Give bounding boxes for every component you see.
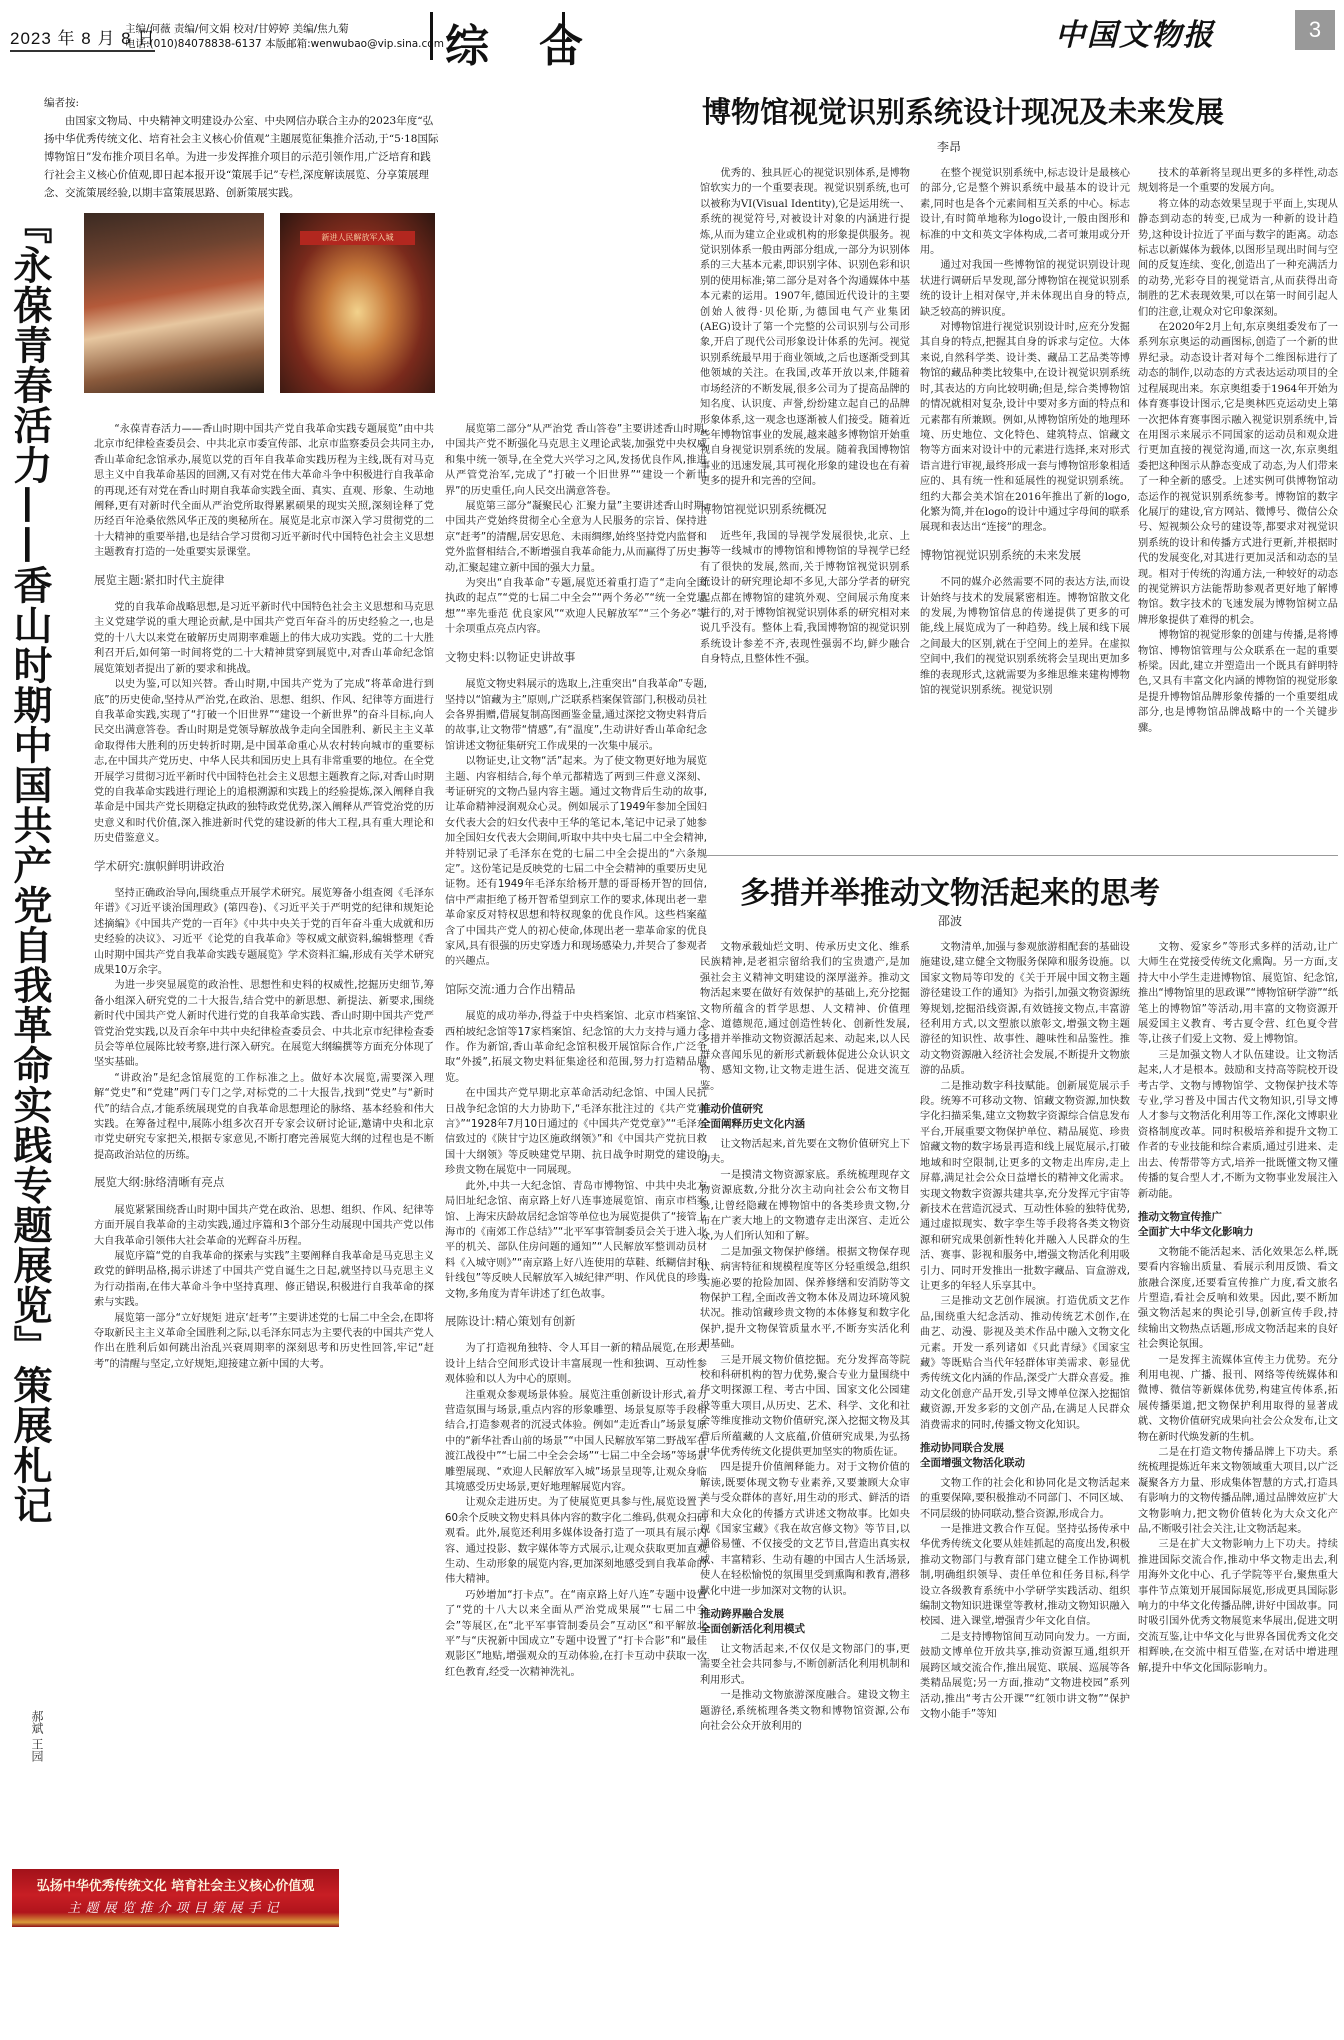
- body-paragraph: 为进一步突显展览的政治性、思想性和史料的权威性,挖掘历史细节,筹备小组深入研究党…: [94, 978, 434, 1070]
- body-paragraph: 坚持正确政治导向,围绕重点开展学术研究。展览筹备小组查阅《毛泽东年谱》《习近平谈…: [94, 886, 434, 978]
- body-paragraph: 巧妙增加“打卡点”。在“南京路上好八连”专题中设置了“党的十八大以来全面从严治党…: [445, 1588, 707, 1680]
- body-paragraph: 在2020年2月上旬,东京奥组委发布了一系列东京奥运的动画图标,创造了一个新的世…: [1138, 320, 1338, 628]
- section-heading: 展览主题:紧扣时代主旋律: [94, 573, 434, 588]
- section-heading: 博物馆视觉识别系统概况: [700, 502, 910, 517]
- article3-column-3: 文物、爱家乡”等形式多样的活动,让广大师生在党接受传统文化熏陶。另一方面,支持大…: [1138, 940, 1338, 2040]
- body-paragraph: 将立体的动态效果呈现于平面上,实现从静态到动态的转变,已成为一种新的设计趋势,这…: [1138, 197, 1338, 320]
- body-paragraph: 技术的革新将呈现出更多的多样性,动态规划将是一个重要的发展方向。: [1138, 166, 1338, 197]
- masthead: 2023 年 8 月 8 日 主编/何薇 责编/何文娟 校对/甘婷婷 美编/焦九…: [0, 0, 1344, 60]
- article3-column-2: 文物清单,加强与参观旅游相配套的基础设施建设,建立健全文物服务保障和服务设施。以…: [920, 940, 1130, 2040]
- body-paragraph: 对博物馆进行视觉识别设计时,应充分发掘其自身的特点,把握其自身的诉求与定位。大体…: [920, 320, 1130, 536]
- article1-column-2: 展览第二部分“从严治党 香山答卷”主要讲述香山时期,中国共产党不断强化马克思主义…: [445, 422, 707, 2022]
- body-paragraph: 以物证史,让文物“活”起来。为了使文物更好地为展览主题、内容相结合,每个单元都精…: [445, 754, 707, 970]
- subsection-heading: 推动价值研究 全面阐释历史文化内涵: [700, 1102, 910, 1133]
- body-paragraph: 注重观众参观场景体验。展览注重创新设计形式,着力营造氛围与场景,重点内容的形象雕…: [445, 1388, 707, 1496]
- body-paragraph: 为突出“自我革命”专题,展览还着重打造了“走向全国执政的起点”“党的七届二中全会…: [445, 576, 707, 638]
- section-heading: 展陈设计:精心策划有创新: [445, 1314, 707, 1329]
- body-paragraph: 让观众走进历史。为了使展览更具参与性,展览设置了60余个反映文物史料具体内容的数…: [445, 1495, 707, 1587]
- body-paragraph: 通过对我国一些博物馆的视觉识别设计现状进行调研后早发现,部分博物馆在视觉识别系统…: [920, 258, 1130, 320]
- subsection-heading: 推动跨界融合发展 全面创新活化利用模式: [700, 1607, 910, 1638]
- body-paragraph: 三是推动文艺创作展演。打造优质文艺作品,围绕重大纪念活动、推动传统艺术创作,在曲…: [920, 1294, 1130, 1433]
- body-paragraph: 一是摸清文物资源家底。系统梳理现存文物资源底数,分批分次主动向社会公布文物目录,…: [700, 1168, 910, 1245]
- body-paragraph: 展览第三部分“凝聚民心 汇聚力量”主要讲述香山时期,中国共产党始终贯彻全心全意为…: [445, 499, 707, 576]
- editorial-credits: 主编/何薇 责编/何文娟 校对/甘婷婷 美编/焦九菊 电话:(010)84078…: [125, 22, 444, 52]
- article3-author: 邵波: [938, 912, 962, 929]
- body-paragraph: 展览第二部分“从严治党 香山答卷”主要讲述香山时期,中国共产党不断强化马克思主义…: [445, 422, 707, 499]
- body-paragraph: 一是发挥主流媒体宣传主力优势。充分利用电视、广播、报刊、网络等传统媒体和微博、微…: [1138, 1353, 1338, 1445]
- page-number: 3: [1295, 10, 1335, 50]
- body-paragraph: 展览文物史料展示的选取上,注重突出“自我革命”专题,坚持以“馆藏为主”原则,广泛…: [445, 677, 707, 754]
- body-paragraph: 展览紧紧围绕香山时期中国共产党在政治、思想、组织、作风、纪律等方面开展自我革命的…: [94, 1203, 434, 1249]
- banner-line2: 主题展览推介项目策展手记: [12, 1897, 339, 1916]
- newspaper-logo: 中国文物报: [1055, 10, 1215, 54]
- body-paragraph: “永葆青春活力——香山时期中国共产党自我革命实践专题展览”由中共北京市纪律检查委…: [94, 422, 434, 561]
- section-heading: 博物馆视觉识别系统的未来发展: [920, 548, 1130, 563]
- body-paragraph: 二是在打造文物传播品牌上下功夫。系统梳理提炼近年来文物领域重大项目,以广泛凝聚各…: [1138, 1445, 1338, 1537]
- body-paragraph: 展览序篇“党的自我革命的探索与实践”主要阐释自我革命是马克思主义政党的鲜明品格,…: [94, 1249, 434, 1311]
- body-paragraph: 党的自我革命战略思想,是习近平新时代中国特色社会主义思想和马克思主义党建学说的重…: [94, 600, 434, 677]
- editor-note: 编者按: 由国家文物局、中央精神文明建设办公室、中央网信办联合主办的2023年度…: [44, 94, 439, 202]
- body-paragraph: 文物能不能活起来、活化效果怎么样,既要看内容输出质量、看展示利用反馈、看文旅融合…: [1138, 1245, 1338, 1353]
- body-paragraph: 让文物活起来,首先要在文物价值研究上下功夫。: [700, 1137, 910, 1168]
- exhibition-photo-hall: [84, 213, 264, 393]
- body-paragraph: 三是开展文物价值挖掘。充分发挥高等院校和科研机构的智力优势,聚合专业力量围绕中华…: [700, 1353, 910, 1461]
- subsection-heading: 推动文物宣传推广 全面扩大中华文化影响力: [1138, 1210, 1338, 1241]
- editor-note-text: 由国家文物局、中央精神文明建设办公室、中央网信办联合主办的2023年度“弘扬中华…: [44, 112, 439, 202]
- body-paragraph: 三是在扩大文物影响力上下功夫。持续推进国际交流合作,推动中华文物走出去,利用海外…: [1138, 1537, 1338, 1676]
- article2-column-1: 优秀的、独具匠心的视觉识别体系,是博物馆软实力的一个重要表现。视觉识别系统,也可…: [700, 166, 910, 846]
- section-divider-right: [562, 12, 565, 60]
- body-paragraph: 二是加强文物保护修缮。根据文物保存现状、病害特征和规模程度等区分轻重缓急,组织实…: [700, 1245, 910, 1353]
- section-heading: 展览大纲:脉络清晰有亮点: [94, 1175, 434, 1190]
- article1-title: 『永葆青春活力——香山时期中国共产党自我革命实践专题展览』策展札记: [12, 205, 52, 1525]
- body-paragraph: 以史为鉴,可以知兴替。香山时期,中国共产党为了完成“将革命进行到底”的历史使命,…: [94, 677, 434, 846]
- body-paragraph: 文物承载灿烂文明、传承历史文化、维系民族精神,是老祖宗留给我们的宝贵遗产,是加强…: [700, 940, 910, 1094]
- body-paragraph: 博物馆的视觉形象的创建与传播,是将博物馆、博物馆管理与公众联系在一起的重要桥梁。…: [1138, 628, 1338, 736]
- body-paragraph: 四是提升价值阐释能力。对于文物价值的解读,既要体现文物专业素养,又要兼顾大众审美…: [700, 1460, 910, 1599]
- article2-author: 李昂: [937, 138, 961, 155]
- editor-note-label: 编者按:: [44, 94, 439, 112]
- body-paragraph: 一是推进文教合作互促。坚持弘扬传承中华优秀传统文化要从娃娃抓起的高度出发,积极推…: [920, 1522, 1130, 1630]
- body-paragraph: 近些年,我国的导视学发展很快,北京、上海等一线城市的博物馆和博物馆的导视学已经有…: [700, 529, 910, 668]
- body-paragraph: 三是加强文物人才队伍建设。让文物活起来,人才是根本。鼓励和支持高等院校开设考古学…: [1138, 1048, 1338, 1202]
- article2-column-2: 在整个视觉识别系统中,标志设计是最核心的部分,它是整个辨识系统中最基本的设计元素…: [920, 166, 1130, 846]
- section-heading: 馆际交流:通力合作出精品: [445, 982, 707, 997]
- exhibition-photo-archway: 新进人民解放军入城: [280, 213, 435, 393]
- article3-column-1: 文物承载灿烂文明、传承历史文化、维系民族精神,是老祖宗留给我们的宝贵遗产,是加强…: [700, 940, 910, 2040]
- article2-title: 博物馆视觉识别系统设计现况及未来发展: [702, 90, 1224, 131]
- article3-title: 多措并举推动文物活起来的思考: [740, 868, 1160, 912]
- section-heading: 学术研究:旗帜鲜明讲政治: [94, 859, 434, 874]
- body-paragraph: 一是推动文物旅游深度融合。建设文物主题游径,系统梳理各类文物和博物馆资源,公布向…: [700, 1688, 910, 1734]
- credits-staff: 主编/何薇 责编/何文娟 校对/甘婷婷 美编/焦九菊: [125, 22, 444, 37]
- body-paragraph: 在中国共产党早期北京革命活动纪念馆、中国人民抗日战争纪念馆的大力协助下,“毛泽东…: [445, 1086, 707, 1178]
- archway-sign: 新进人民解放军入城: [300, 231, 415, 245]
- body-paragraph: 在整个视觉识别系统中,标志设计是最核心的部分,它是整个辨识系统中最基本的设计元素…: [920, 166, 1130, 258]
- body-paragraph: “讲政治”是纪念馆展览的工作标准之上。做好本次展览,需要深入理解“党史”和“党建…: [94, 1071, 434, 1163]
- body-paragraph: 不同的媒介必然需要不同的表达方法,而设计始终与技术的发展紧密相连。博物馆散文化的…: [920, 575, 1130, 698]
- section-heading: 文物史料:以物证史讲故事: [445, 650, 707, 665]
- article1-column-1: “永葆青春活力——香山时期中国共产党自我革命实践专题展览”由中共北京市纪律检查委…: [94, 422, 434, 1857]
- section-divider-left: [430, 12, 433, 60]
- banner-line1: 弘扬中华优秀传统文化 培育社会主义核心价值观: [12, 1875, 339, 1894]
- article2-column-3: 技术的革新将呈现出更多的多样性,动态规划将是一个重要的发展方向。将立体的动态效果…: [1138, 166, 1338, 846]
- article-divider: [700, 855, 1338, 856]
- credits-contact: 电话:(010)84078838-6137 本版邮箱:wenwubao@vip.…: [125, 37, 444, 52]
- body-paragraph: 为了打造视角独特、令人耳目一新的精品展览,在形式设计上结合空间形式设计丰富展现一…: [445, 1341, 707, 1387]
- body-paragraph: 文物、爱家乡”等形式多样的活动,让广大师生在党接受传统文化熏陶。另一方面,支持大…: [1138, 940, 1338, 1048]
- subsection-heading: 推动协同联合发展 全面增强文物活化联动: [920, 1441, 1130, 1472]
- body-paragraph: 展览的成功举办,得益于中央档案馆、北京市档案馆、西柏坡纪念馆等17家档案馆、纪念…: [445, 1009, 707, 1086]
- body-paragraph: 文物工作的社会化和协同化是文物活起来的重要保障,要积极推动不同部门、不同区域、不…: [920, 1476, 1130, 1522]
- body-paragraph: 二是推动数字科技赋能。创新展览展示手段。统筹不可移动文物、馆藏文物资源,加快数字…: [920, 1079, 1130, 1295]
- article1-authors: 郝斌 王园: [24, 1710, 44, 1762]
- body-paragraph: 让文物活起来,不仅仅是文物部门的事,更需要全社会共同参与,不断创新活化利用机制和…: [700, 1642, 910, 1688]
- section-title: 综合: [445, 10, 633, 74]
- body-paragraph: 此外,中共一大纪念馆、青岛市博物馆、中共中央北方局旧址纪念馆、南京路上好八连事迹…: [445, 1179, 707, 1302]
- body-paragraph: 优秀的、独具匠心的视觉识别体系,是博物馆软实力的一个重要表现。视觉识别系统,也可…: [700, 166, 910, 490]
- body-paragraph: 展览第一部分“立好规矩 进京‘赶考’”主要讲述党的七届二中全会,在即将夺取新民主…: [94, 1311, 434, 1373]
- body-paragraph: 文物清单,加强与参观旅游相配套的基础设施建设,建立健全文物服务保障和服务设施。以…: [920, 940, 1130, 1079]
- body-paragraph: 二是支持博物馆间互动同向发力。一方面,鼓励文博单位开放共享,推动资源互通,组织开…: [920, 1630, 1130, 1722]
- column-banner: 弘扬中华优秀传统文化 培育社会主义核心价值观 主题展览推介项目策展手记: [12, 1869, 339, 1927]
